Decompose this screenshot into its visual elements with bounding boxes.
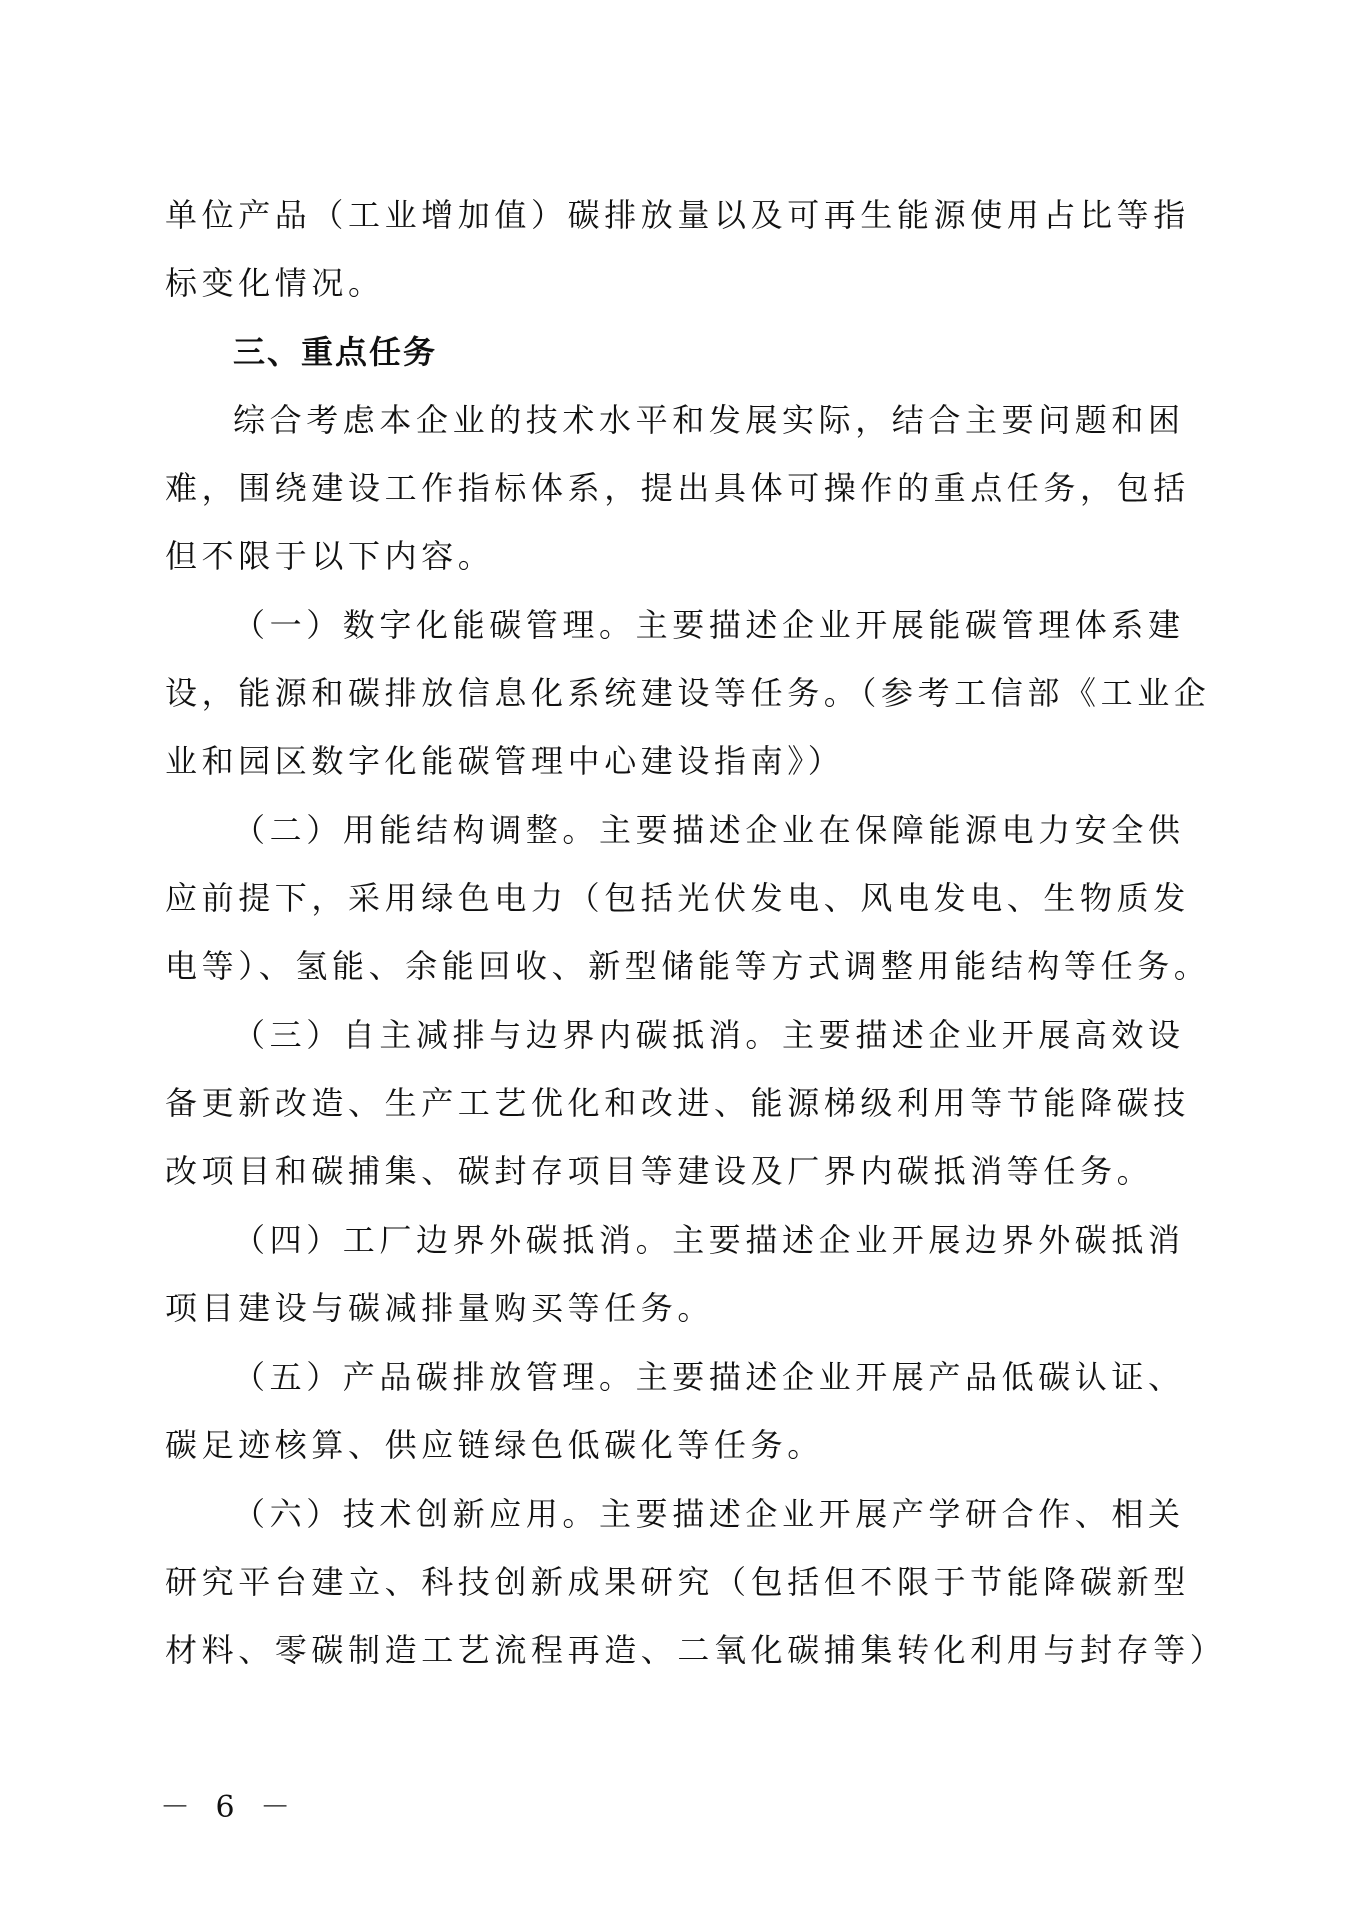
- paragraph-line: 标变化情况。: [165, 249, 1195, 317]
- task-6-line: 研究平台建立、科技创新成果研究（包括但不限于节能降碳新型: [165, 1548, 1195, 1616]
- task-6-line: （六）技术创新应用。主要描述企业开展产学研合作、相关: [233, 1480, 1263, 1548]
- document-page: 单位产品（工业增加值）碳排放量以及可再生能源使用占比等指 标变化情况。 三、重点…: [0, 0, 1357, 1920]
- paragraph-line: 单位产品（工业增加值）碳排放量以及可再生能源使用占比等指: [165, 181, 1195, 249]
- page-number: － 6 －: [160, 1782, 298, 1826]
- task-5-line: 碳足迹核算、供应链绿色低碳化等任务。: [165, 1411, 1195, 1479]
- intro-line: 难，围绕建设工作指标体系，提出具体可操作的重点任务，包括: [165, 454, 1195, 522]
- task-4-line: （四）工厂边界外碳抵消。主要描述企业开展边界外碳抵消: [233, 1206, 1263, 1274]
- task-3-line: 改项目和碳捕集、碳封存项目等建设及厂界内碳抵消等任务。: [165, 1137, 1195, 1205]
- task-2-line: 电等）、氢能、余能回收、新型储能等方式调整用能结构等任务。: [165, 932, 1195, 1000]
- intro-line: 但不限于以下内容。: [165, 522, 1195, 590]
- task-3-line: （三）自主减排与边界内碳抵消。主要描述企业开展高效设: [233, 1001, 1263, 1069]
- task-1-line: 业和园区数字化能碳管理中心建设指南》）: [165, 727, 1195, 795]
- task-2-line: 应前提下，采用绿色电力（包括光伏发电、风电发电、生物质发: [165, 864, 1195, 932]
- task-3-line: 备更新改造、生产工艺优化和改进、能源梯级利用等节能降碳技: [165, 1069, 1195, 1137]
- task-6-line: 材料、零碳制造工艺流程再造、二氧化碳捕集转化利用与封存等）: [165, 1616, 1195, 1684]
- task-2-line: （二）用能结构调整。主要描述企业在保障能源电力安全供: [233, 796, 1263, 864]
- section-heading: 三、重点任务: [233, 318, 1263, 386]
- task-4-line: 项目建设与碳减排量购买等任务。: [165, 1274, 1195, 1342]
- intro-line: 综合考虑本企业的技术水平和发展实际，结合主要问题和困: [233, 386, 1263, 454]
- task-5-line: （五）产品碳排放管理。主要描述企业开展产品低碳认证、: [233, 1343, 1263, 1411]
- task-1-line: （一）数字化能碳管理。主要描述企业开展能碳管理体系建: [233, 591, 1263, 659]
- task-1-line: 设，能源和碳排放信息化系统建设等任务。（参考工信部《工业企: [165, 659, 1195, 727]
